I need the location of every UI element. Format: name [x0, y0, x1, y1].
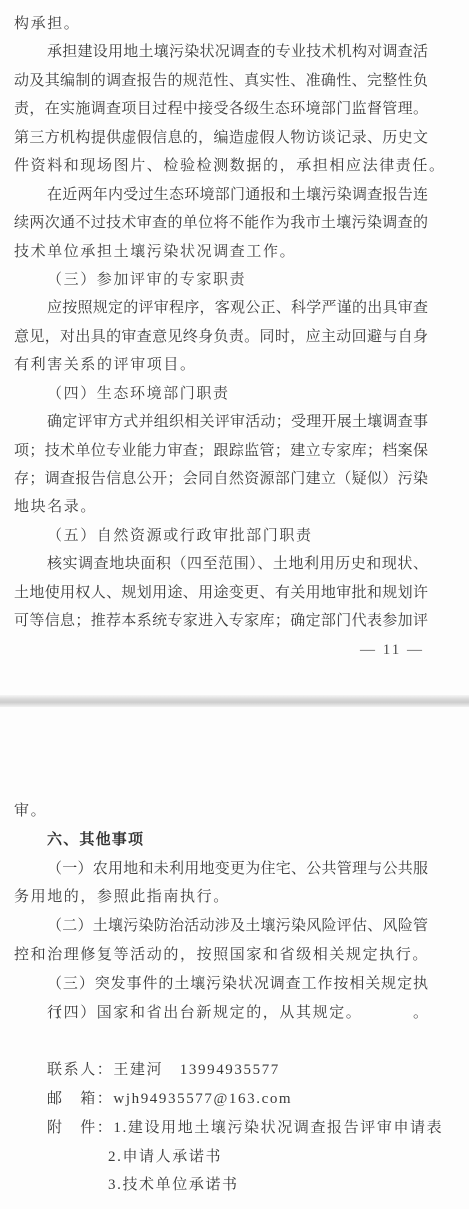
text-line: 应按照规定的评审程序，客观公正、科学严谨的出具审查 — [14, 294, 428, 322]
text-line: 务用地的，参照此指南执行。 — [14, 883, 428, 912]
heading-section-6: 六、其他事项 — [14, 826, 428, 855]
attachment-item-3: 3.技术单位承诺书 — [14, 1171, 428, 1200]
text-line: 土地使用权人、规划用途、用途变更、有关用地审批和规划许 — [14, 579, 428, 607]
text-line: 技术单位承担土壤污染状况调查工作。 — [14, 238, 428, 266]
text-line: 构承担。 — [14, 10, 428, 38]
text-line: 续两次通不过技术审查的单位将不能作为我市土壤污染调查的 — [14, 209, 428, 237]
text-line: 核实调查地块面积（四至范围）、土地利用历史和现状、 — [14, 550, 428, 578]
text-line: 地块名录。 — [14, 493, 428, 521]
text-line: 控和治理修复等活动的，按照国家和省级相关规定执行。 — [14, 941, 428, 970]
text-line: （二）土壤污染防治活动涉及土壤污染风险评估、风险管 — [14, 912, 428, 941]
heading-section-4: （四）生态环境部门职责 — [14, 380, 428, 408]
text-line: 责，在实施调查项目过程中接受各级生态环境部门监督管理。 — [14, 95, 428, 123]
heading-section-5: （五）自然资源或行政审批部门职责 — [14, 522, 428, 550]
contact-person-line: 联系人：王建河 13994935577 — [14, 1056, 428, 1085]
attachments-line: 附 件：1.建设用地土壤污染状况调查报告评审申请表 — [14, 1114, 428, 1143]
text-line: 第三方机构提供虚假信息的，编造虚假人物访谈记录、历史文 — [14, 124, 428, 152]
text-line: 意见，对出具的审查意见终身负责。同时，应主动回避与自身 — [14, 323, 428, 351]
text-line: 承担建设用地土壤污染状况调查的专业技术机构对调查活 — [14, 38, 428, 66]
text-line: 项；技术单位专业能力审查；跟踪监管；建立专家库；档案保 — [14, 437, 428, 465]
text-line: 确定评审方式并组织相关评审活动；受理开展土壤调查事 — [14, 408, 428, 436]
contact-email-line: 邮 箱：wjh94935577@163.com — [14, 1085, 428, 1114]
heading-section-3: （三）参加评审的专家职责 — [14, 266, 428, 294]
document-page-2: 审。 六、其他事项 （一）农用地和未利用地变更为住宅、公共管理与公共服 务用地的… — [0, 707, 469, 1209]
text-line: 有利害关系的评审项目。 — [14, 351, 428, 379]
text-line: 件资料和现场图片、检验检测数据的，承担相应法律责任。 — [14, 152, 428, 180]
text-line: 可等信息；推荐本系统专家进入专家库；确定部门代表参加评 — [14, 607, 428, 635]
page-separator — [0, 695, 469, 707]
text-line: （一）农用地和未利用地变更为住宅、公共管理与公共服 — [14, 855, 428, 884]
text-line: 存；调查报告信息公开；会同自然资源部门建立（疑似）污染 — [14, 465, 428, 493]
text-line: 审。 — [14, 797, 428, 826]
page-number: — 11 — — [14, 636, 428, 664]
document-page-1: 构承担。 承担建设用地土壤污染状况调查的专业技术机构对调查活 动及其编制的调查报… — [0, 0, 469, 695]
attachment-item-2: 2.申请人承诺书 — [14, 1143, 428, 1172]
text-line: 动及其编制的调查报告的规范性、真实性、准确性、完整性负 — [14, 67, 428, 95]
text-line: 在近两年内受过生态环境部门通报和土壤污染调查报告连 — [14, 181, 428, 209]
blank-line — [14, 1027, 428, 1056]
text-line: （三）突发事件的土壤污染状况调查工作按相关规定执行。 — [14, 970, 428, 999]
